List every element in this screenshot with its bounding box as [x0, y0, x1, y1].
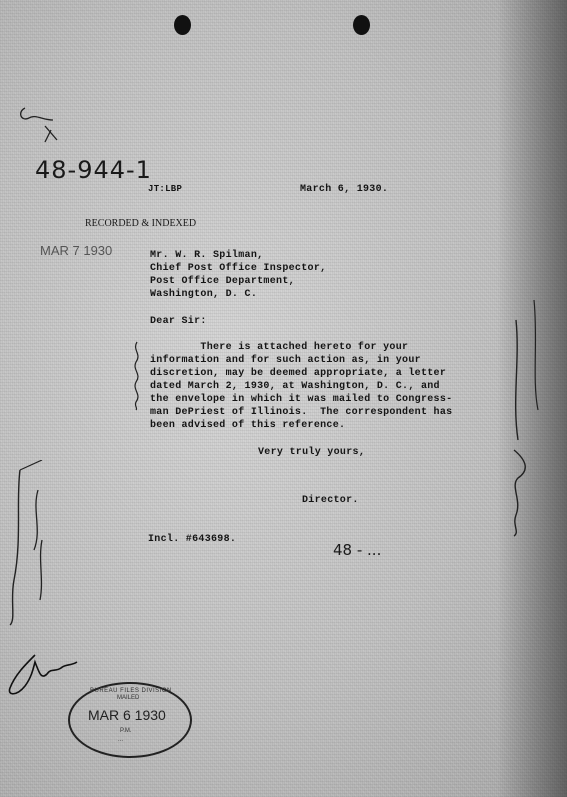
- body-line: the envelope in which it was mailed to C…: [150, 393, 452, 406]
- initials-signature-icon: [5, 650, 80, 710]
- salutation: Dear Sir:: [150, 315, 207, 328]
- closing: Very truly yours,: [258, 446, 365, 459]
- mailed-stamp-top: BUREAU FILES DIVISION: [90, 688, 172, 694]
- punch-hole-left: [174, 15, 191, 35]
- recorded-indexed-stamp: RECORDED & INDEXED: [85, 218, 196, 229]
- body-line: dated March 2, 1930, at Washington, D. C…: [150, 380, 440, 393]
- body-line: been advised of this reference.: [150, 419, 345, 432]
- letter-date: March 6, 1930.: [300, 183, 388, 196]
- mailed-stamp-pm: P.M.: [120, 728, 132, 734]
- recipient-line: Washington, D. C.: [150, 288, 257, 301]
- mailed-stamp-date: MAR 6 1930: [88, 707, 166, 723]
- body-line: discretion, may be deemed appropriate, a…: [150, 367, 446, 380]
- margin-bracket-icon: [130, 340, 144, 412]
- enclosure-line: Incl. #643698.: [148, 533, 236, 546]
- punch-hole-right: [353, 15, 370, 35]
- signature-title: Director.: [302, 494, 359, 507]
- body-line: man DePriest of Illinois. The correspond…: [150, 406, 452, 419]
- recipient-line: Post Office Department,: [150, 275, 295, 288]
- recipient-line: Mr. W. R. Spilman,: [150, 249, 263, 262]
- vertical-handwriting-icon: [2, 460, 62, 630]
- handwritten-file-number: 48-944-1: [35, 156, 152, 184]
- reference-initials: JT:LBP: [148, 183, 182, 196]
- body-line: information and for such action as, in y…: [150, 354, 421, 367]
- mailed-stamp-mailed: MAILED: [117, 695, 139, 701]
- mailed-stamp-bottom: ...: [118, 737, 123, 743]
- recorded-stamp-date: MAR 7 1930: [40, 243, 112, 258]
- body-line: There is attached hereto for your: [150, 341, 408, 354]
- handwritten-note-bottom: 48 - ...: [333, 541, 381, 559]
- document-page: 48-944-1 JT:LBP March 6, 1930. RECORDED …: [0, 0, 567, 797]
- recipient-line: Chief Post Office Inspector,: [150, 262, 326, 275]
- handwritten-mark-icon: [15, 100, 65, 145]
- right-margin-handwriting-icon: [500, 300, 550, 540]
